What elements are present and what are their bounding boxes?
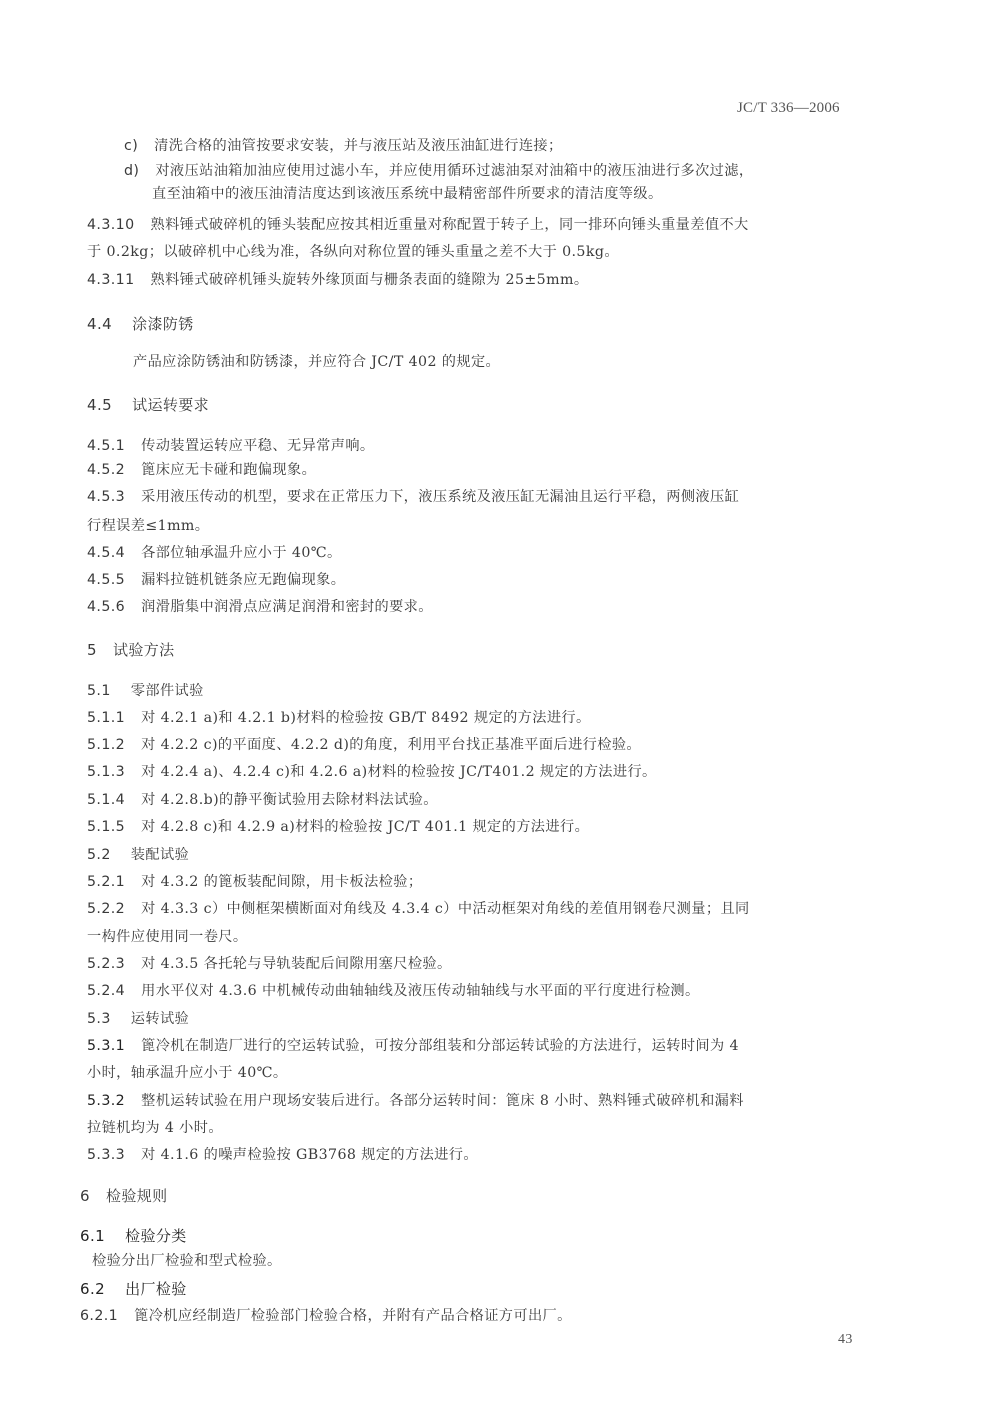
clause-5-2-2: 5.2.2对 4.3.3 c）中侧框架横断面对角线及 4.3.4 c）中活动框架… — [87, 900, 750, 918]
item-text: 对液压站油箱加油应使用过滤小车，并应使用循环过滤油泵对油箱中的液压油进行多次过滤… — [155, 163, 753, 179]
clause-text: 各部位轴承温升应小于 40℃。 — [141, 545, 342, 561]
section-heading-6-2: 6.2出厂检验 — [80, 1280, 187, 1298]
clause-number: 4.5.6 — [87, 598, 125, 616]
clause-text: 对 4.2.1 a)和 4.2.1 b)材料的检验按 GB/T 8492 规定的… — [141, 710, 591, 726]
section-title: 运转试验 — [131, 1011, 189, 1027]
clause-4-5-2: 4.5.2篦床应无卡碰和跑偏现象。 — [87, 461, 316, 479]
clause-5-1-2: 5.1.2对 4.2.2 c)的平面度、4.2.2 d)的角度，利用平台找正基准… — [87, 736, 641, 754]
clause-text: 对 4.2.8.b)的静平衡试验用去除材料法试验。 — [141, 792, 438, 808]
section-title: 装配试验 — [131, 847, 189, 863]
clause-text: 采用液压传动的机型，要求在正常压力下，液压系统及液压缸无漏油且运行平稳，两侧液压… — [141, 489, 739, 505]
clause-text: 用水平仪对 4.3.6 中机械传动曲轴轴线及液压传动轴轴线与水平面的平行度进行检… — [141, 983, 699, 999]
section-title: 试运转要求 — [132, 396, 209, 414]
clause-text: 熟料锤式破碎机锤头旋转外缘顶面与栅条表面的缝隙为 25±5mm。 — [151, 272, 589, 288]
section-title: 出厂检验 — [125, 1280, 187, 1298]
clause-5-1-4: 5.1.4对 4.2.8.b)的静平衡试验用去除材料法试验。 — [87, 791, 438, 809]
section-number: 6.1 — [80, 1227, 105, 1245]
section-number: 5.1 — [87, 682, 111, 700]
clause-text: 对 4.3.5 各托轮与导轨装配后间隙用塞尺检验。 — [141, 956, 452, 972]
clause-5-2-4: 5.2.4用水平仪对 4.3.6 中机械传动曲轴轴线及液压传动轴轴线与水平面的平… — [87, 982, 700, 1000]
standard-code-header: JC/T 336—2006 — [737, 99, 840, 117]
chapter-title: 试验方法 — [113, 641, 175, 659]
clause-number: 4.5.4 — [87, 544, 125, 562]
clause-5-2-2-continuation: 一构件应使用同一卷尺。 — [87, 928, 247, 946]
clause-4-5-5: 4.5.5漏料拉链机链条应无跑偏现象。 — [87, 571, 345, 589]
section-6-1-body: 检验分出厂检验和型式检验。 — [92, 1252, 282, 1270]
section-heading-5-1: 5.1零部件试验 — [87, 682, 204, 700]
section-number: 4.5 — [87, 396, 112, 414]
clause-5-3-3: 5.3.3对 4.1.6 的噪声检验按 GB3768 规定的方法进行。 — [87, 1146, 478, 1164]
section-heading-4-4: 4.4涂漆防锈 — [87, 315, 194, 333]
section-heading-5-2: 5.2装配试验 — [87, 846, 189, 864]
clause-5-2-1: 5.2.1对 4.3.2 的篦板装配间隙，用卡板法检验； — [87, 873, 422, 891]
chapter-number: 6 — [80, 1187, 90, 1205]
section-number: 5.2 — [87, 846, 111, 864]
clause-4-3-10-continuation: 于 0.2kg；以破碎机中心线为准，各纵向对称位置的锤头重量之差不大于 0.5k… — [87, 243, 619, 261]
clause-5-3-2: 5.3.2整机运转试验在用户现场安装后进行。各部分运转时间：篦床 8 小时、熟料… — [87, 1092, 744, 1110]
chapter-heading-6: 6检验规则 — [80, 1187, 168, 1205]
chapter-heading-5: 5试验方法 — [87, 641, 175, 659]
list-item-d-continuation: 直至油箱中的液压油清洁度达到该液压系统中最精密部件所要求的清洁度等级。 — [152, 185, 663, 203]
clause-number: 5.2.1 — [87, 873, 125, 891]
clause-5-1-3: 5.1.3对 4.2.4 a)、4.2.4 c)和 4.2.6 a)材料的检验按… — [87, 763, 657, 781]
section-title: 涂漆防锈 — [132, 315, 194, 333]
clause-4-3-10: 4.3.10熟料锤式破碎机的锤头装配应按其相近重量对称配置于转子上，同一排环向锤… — [87, 216, 749, 234]
clause-5-3-2-continuation: 拉链机均为 4 小时。 — [87, 1119, 223, 1137]
clause-5-3-1: 5.3.1篦冷机在制造厂进行的空运转试验，可按分部组装和分部运转试验的方法进行，… — [87, 1037, 739, 1055]
section-4-4-body: 产品应涂防锈油和防锈漆，并应符合 JC/T 402 的规定。 — [133, 353, 500, 371]
clause-text: 传动装置运转应平稳、无异常声响。 — [141, 438, 374, 454]
clause-4-5-1: 4.5.1传动装置运转应平稳、无异常声响。 — [87, 437, 375, 455]
clause-4-5-4: 4.5.4各部位轴承温升应小于 40℃。 — [87, 544, 342, 562]
clause-number: 4.3.11 — [87, 271, 135, 289]
clause-number: 4.5.1 — [87, 437, 125, 455]
clause-number: 4.5.3 — [87, 488, 125, 506]
list-item-d: d)对液压站油箱加油应使用过滤小车，并应使用循环过滤油泵对油箱中的液压油进行多次… — [124, 162, 753, 180]
clause-number: 5.1.3 — [87, 763, 125, 781]
section-heading-6-1: 6.1检验分类 — [80, 1227, 187, 1245]
clause-5-1-5: 5.1.5对 4.2.8 c)和 4.2.9 a)材料的检验按 JC/T 401… — [87, 818, 589, 836]
clause-4-3-11: 4.3.11熟料锤式破碎机锤头旋转外缘顶面与栅条表面的缝隙为 25±5mm。 — [87, 271, 588, 289]
clause-text: 对 4.2.2 c)的平面度、4.2.2 d)的角度，利用平台找正基准平面后进行… — [141, 737, 641, 753]
clause-number: 5.1.1 — [87, 709, 125, 727]
section-title: 零部件试验 — [131, 683, 204, 699]
clause-text: 整机运转试验在用户现场安装后进行。各部分运转时间：篦床 8 小时、熟料锤式破碎机… — [141, 1093, 744, 1109]
clause-text: 对 4.2.8 c)和 4.2.9 a)材料的检验按 JC/T 401.1 规定… — [141, 819, 589, 835]
item-label: c) — [124, 137, 138, 155]
section-heading-5-3: 5.3运转试验 — [87, 1010, 189, 1028]
chapter-number: 5 — [87, 641, 97, 659]
item-label: d) — [124, 162, 139, 180]
clause-text: 润滑脂集中润滑点应满足润滑和密封的要求。 — [141, 599, 433, 615]
clause-text: 对 4.3.2 的篦板装配间隙，用卡板法检验； — [141, 874, 422, 890]
section-number: 6.2 — [80, 1280, 105, 1298]
clause-5-3-1-continuation: 小时，轴承温升应小于 40℃。 — [87, 1064, 288, 1082]
item-text: 清洗合格的油管按要求安装，并与液压站及液压油缸进行连接； — [154, 138, 562, 154]
clause-5-2-3: 5.2.3对 4.3.5 各托轮与导轨装配后间隙用塞尺检验。 — [87, 955, 452, 973]
clause-number: 5.1.2 — [87, 736, 125, 754]
clause-number: 5.2.2 — [87, 900, 125, 918]
clause-4-5-3: 4.5.3采用液压传动的机型，要求在正常压力下，液压系统及液压缸无漏油且运行平稳… — [87, 488, 739, 506]
clause-number: 5.3.1 — [87, 1037, 125, 1055]
clause-number: 6.2.1 — [80, 1307, 118, 1325]
clause-text: 篦冷机应经制造厂检验部门检验合格，并附有产品合格证方可出厂。 — [134, 1308, 572, 1324]
clause-4-5-6: 4.5.6润滑脂集中润滑点应满足润滑和密封的要求。 — [87, 598, 433, 616]
clause-text: 熟料锤式破碎机的锤头装配应按其相近重量对称配置于转子上，同一排环向锤头重量差值不… — [151, 217, 749, 233]
list-item-c: c)清洗合格的油管按要求安装，并与液压站及液压油缸进行连接； — [124, 137, 563, 155]
clause-number: 5.2.3 — [87, 955, 125, 973]
clause-text: 篦冷机在制造厂进行的空运转试验，可按分部组装和分部运转试验的方法进行，运转时间为… — [141, 1038, 739, 1054]
clause-6-2-1: 6.2.1篦冷机应经制造厂检验部门检验合格，并附有产品合格证方可出厂。 — [80, 1307, 572, 1325]
clause-number: 4.3.10 — [87, 216, 135, 234]
clause-number: 5.1.4 — [87, 791, 125, 809]
section-title: 检验分类 — [125, 1227, 187, 1245]
clause-text: 漏料拉链机链条应无跑偏现象。 — [141, 572, 345, 588]
section-heading-4-5: 4.5试运转要求 — [87, 396, 209, 414]
clause-text: 对 4.1.6 的噪声检验按 GB3768 规定的方法进行。 — [141, 1147, 478, 1163]
chapter-title: 检验规则 — [106, 1187, 168, 1205]
clause-number: 5.3.2 — [87, 1092, 125, 1110]
clause-4-5-3-continuation: 行程误差≤1mm。 — [87, 517, 209, 535]
section-number: 4.4 — [87, 315, 112, 333]
clause-text: 篦床应无卡碰和跑偏现象。 — [141, 462, 316, 478]
clause-number: 5.2.4 — [87, 982, 125, 1000]
clause-text: 对 4.2.4 a)、4.2.4 c)和 4.2.6 a)材料的检验按 JC/T… — [141, 764, 657, 780]
clause-5-1-1: 5.1.1对 4.2.1 a)和 4.2.1 b)材料的检验按 GB/T 849… — [87, 709, 591, 727]
clause-number: 5.3.3 — [87, 1146, 125, 1164]
section-number: 5.3 — [87, 1010, 111, 1028]
clause-number: 4.5.5 — [87, 571, 125, 589]
clause-text: 对 4.3.3 c）中侧框架横断面对角线及 4.3.4 c）中活动框架对角线的差… — [141, 901, 750, 917]
clause-number: 5.1.5 — [87, 818, 125, 836]
clause-number: 4.5.2 — [87, 461, 125, 479]
page-number: 43 — [838, 1331, 853, 1349]
